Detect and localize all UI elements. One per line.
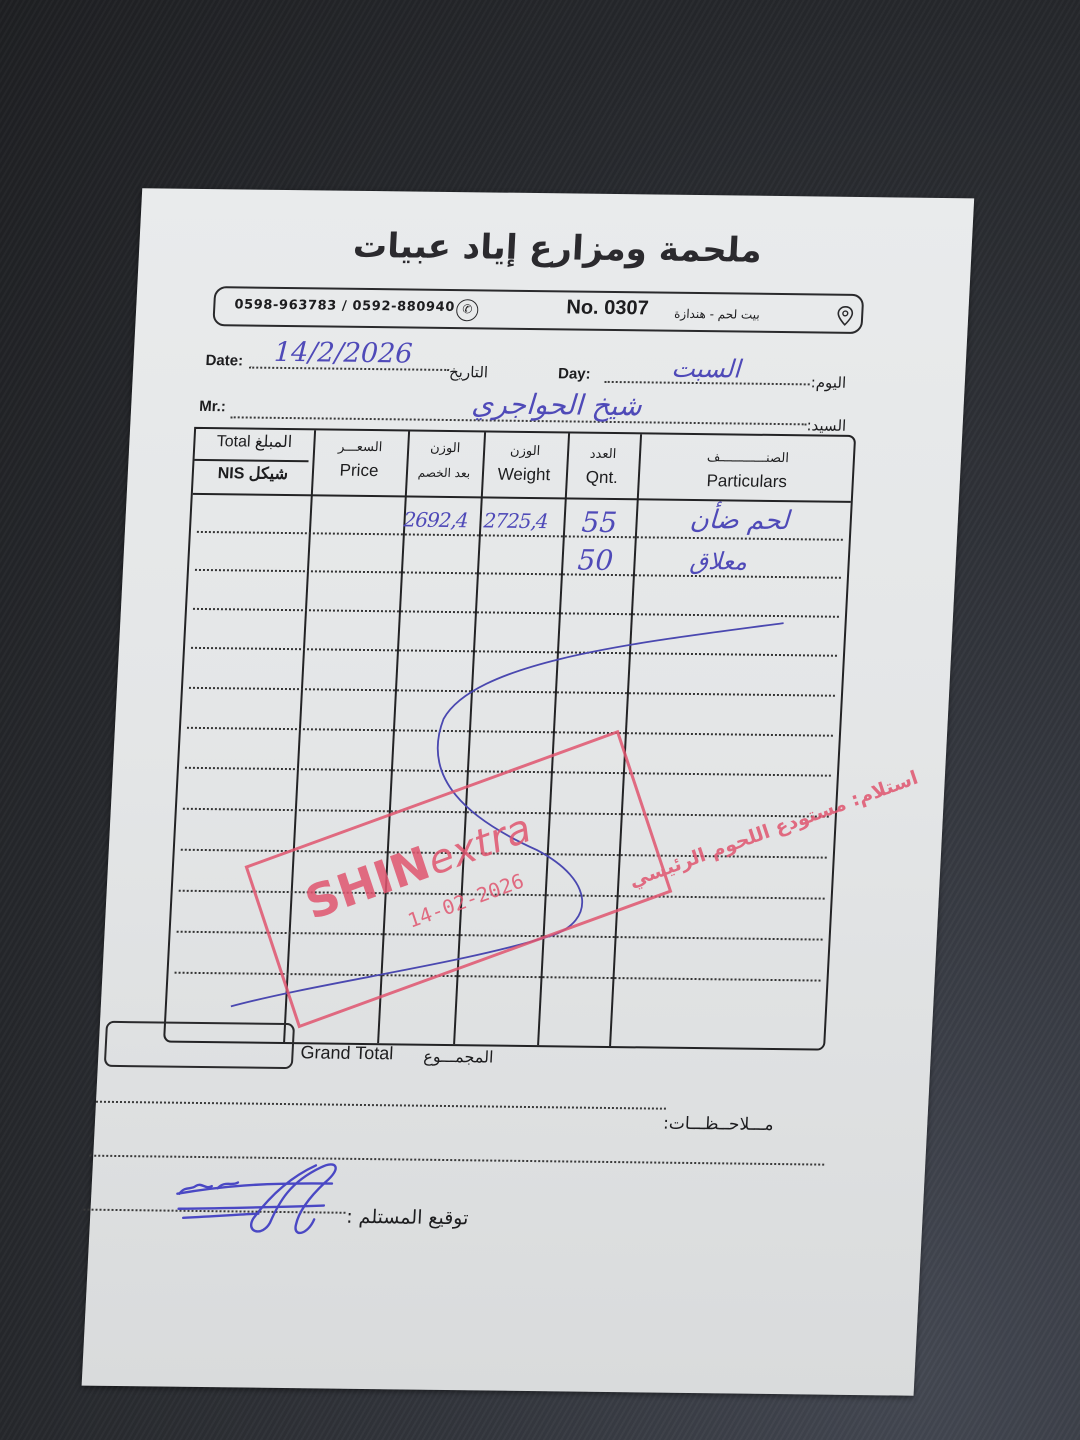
day-label: Day:: [558, 365, 591, 382]
receipt-number: No. 0307: [566, 296, 649, 320]
row-line: [175, 972, 821, 982]
grand-total-box: [104, 1021, 295, 1069]
row2-qnt: 50: [577, 544, 614, 577]
mr-label-ar: السيد:: [806, 416, 846, 434]
row-line: [179, 890, 825, 900]
header-total: Total المبلغ NIS شيكل: [193, 433, 314, 485]
day-value: السبت: [671, 354, 741, 384]
location-text: بيت لحم - هندازة: [674, 307, 760, 322]
row-line: [181, 849, 827, 859]
map-pin-icon: [836, 306, 855, 326]
row-line: [177, 931, 823, 941]
row1-weight: 2725,4: [483, 508, 548, 533]
row-line: [183, 808, 829, 818]
mr-value: شيخ الحواجري: [471, 387, 643, 422]
header-weight-after-discount: الوزن بعد الخصم: [406, 441, 484, 481]
row-line: [189, 687, 835, 697]
header-divider: [193, 493, 851, 503]
items-table: Total المبلغ NIS شيكل السعـــر Price الو…: [163, 427, 856, 1051]
row-line: [193, 608, 839, 618]
header-particulars: الصنــــــــــــف Particulars: [637, 450, 857, 492]
mr-label: Mr.:: [199, 398, 227, 415]
date-label: Date:: [205, 352, 243, 369]
row1-particulars: لحم ضأن: [689, 505, 790, 536]
row-line: [185, 767, 831, 777]
phone-numbers: 0598-963783 / 0592-880940: [234, 297, 455, 315]
row1-weight-after-discount: 2692,4: [403, 507, 468, 532]
day-label-ar: اليوم:: [810, 373, 846, 391]
row-line: [191, 647, 837, 657]
header-price: السعـــر Price: [312, 440, 408, 481]
col-divider: [283, 430, 316, 1042]
date-value: 14/2/2026: [273, 337, 413, 370]
receipt-sheet: ملحمة ومزارع إياد عبيات 0598-963783 / 05…: [0, 0, 1080, 1440]
header-qnt: العدد Qnt.: [565, 447, 639, 487]
date-label-ar: التاريخ: [449, 363, 489, 381]
business-title: ملحمة ومزارع إياد عبيات: [216, 224, 898, 272]
row-line: [187, 727, 833, 737]
signature-label: توقيع المستلم :: [346, 1206, 469, 1229]
notes-label: مـــلاحــظـــات:: [663, 1114, 774, 1135]
header-weight: الوزن Weight: [481, 444, 567, 484]
row1-qnt: 55: [581, 506, 618, 539]
grand-total-label: Grand Total: [300, 1042, 394, 1064]
row2-particulars: معلاق: [689, 547, 748, 576]
grand-total-label-ar: المجمـــوع: [423, 1047, 494, 1067]
